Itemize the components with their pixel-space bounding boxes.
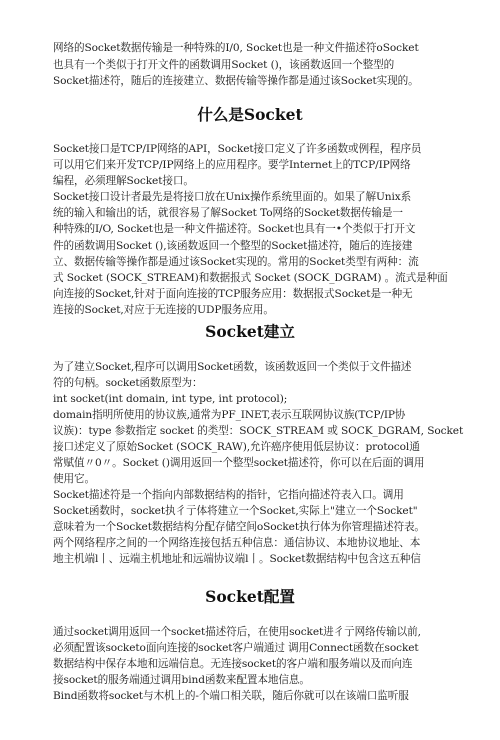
text-line: Socket函数时，socket执彳亍体将建立一个Socket,实际上"建立一个… bbox=[53, 503, 418, 519]
text-line: 可以用它们来开发TCP/IP网络上的应用程序。要学Internet上的TCP/I… bbox=[53, 157, 411, 173]
text-line: Socket描述符，随后的连接建立、数据传输等操作都是通过该Socket实现的。 bbox=[53, 73, 419, 89]
text-line: 编程，必须理解Socket接口。 bbox=[53, 173, 194, 189]
text-line: 连接的Socket,对应于无连接的UDP服务应用。 bbox=[53, 302, 274, 318]
text-line: Socket接口是TCP/IP网络的API，Socket接口定义了许多函数或例程… bbox=[53, 141, 421, 157]
text-line: 通过socket调用返回一个socket描述符后，在使用socket进彳亍网络传… bbox=[53, 624, 421, 640]
text-line: 也具有一个类似于打开文件的函数调用Socket ()，该函数返回一个整型的 bbox=[53, 57, 394, 73]
text-line: 符的句柄。socket函数原型为： bbox=[53, 375, 203, 391]
text-line: 常赋值〃0〃。Socket ()调用返回一个整型socket描述符，你可以在后面… bbox=[53, 455, 424, 471]
text-line: 向连接的Socket,针对于面向连接的TCP服务应用：数据报式Socket是一种… bbox=[53, 286, 412, 302]
code-line: int socket(int domain, int type, int pro… bbox=[53, 391, 287, 407]
text-line: 件的函数调用Socket (),该函数返回一个整型的Socket描述符，随后的连… bbox=[53, 238, 412, 254]
text-line: Bind函数将socket与木机上的-个端口相关联，随后你就可以在该端口监听服 bbox=[53, 688, 409, 704]
text-line: 使用它。 bbox=[53, 471, 95, 487]
text-line: 式 Socket (SOCK_STREAM)和数据报式 Socket (SOCK… bbox=[53, 270, 448, 286]
text-line: Socket接口设计者最先是将接口放在Unix操作系统里面的。如果了解Unix系 bbox=[53, 189, 411, 205]
text-line: 数据结构中保存本地和远端信息。无连接socket的客户端和服务端以及而向连 bbox=[53, 656, 412, 672]
section-heading-what-is-socket: 什么是Socket bbox=[0, 103, 500, 125]
section-heading-socket-config: Socket配置 bbox=[0, 585, 500, 607]
text-line: 统的输入和输出的话，就很容易了解Socket To网络的Socket数据传输是一 bbox=[53, 205, 403, 221]
text-line: 地主机端l丨、远端主机地址和远端协议端l丨。Socket数据结构中包含这五种信 bbox=[53, 551, 421, 567]
text-line: domain指明所使用的协议族,通常为PF_INET,表示互联网协议族(TCP/… bbox=[53, 407, 405, 423]
text-line: 意味着为一个Socket数据结构分配存储空间oSocket执行体为你管理描述符表… bbox=[53, 519, 425, 535]
text-line: Socket描述符是一个指向内部数据结构的指针，它指向描述符表入口。调用 bbox=[53, 487, 404, 503]
text-line: 必须配置该socketo面向连接的socket客户端通过 调用Connect函数… bbox=[53, 640, 419, 656]
text-line: 两个网络程序之间的一个网络连接包括五种信息：通信协议、本地协议地址、本 bbox=[53, 535, 420, 551]
text-line: 为了建立Socket,程序可以调用Socket函数，该函数返回一个类似于文件描述 bbox=[53, 359, 411, 375]
text-line: 网络的Socket数据传输是一种特殊的I/0, Socket也是一种文件描述符o… bbox=[53, 40, 419, 56]
text-line: 立、数据传输等操作都是通过该Socket实现的。常用的Socket类型有两种：流 bbox=[53, 254, 419, 270]
text-line: 议族)：type 参数指定 socket 的类型：SOCK_STREAM 或 S… bbox=[53, 423, 463, 439]
text-line: 种特殊的I/O, Socket也是一种文件描述符。Socket也具有一•个类似于… bbox=[53, 221, 415, 237]
text-line: 接口述定义了原始Socket (SOCK_RAW),允许癌序使用低层协议：pro… bbox=[53, 439, 420, 455]
text-line: 接socket的服务端通过调用bind函数来配置本地信息。 bbox=[53, 672, 310, 688]
section-heading-socket-creation: Socket建立 bbox=[0, 320, 500, 342]
